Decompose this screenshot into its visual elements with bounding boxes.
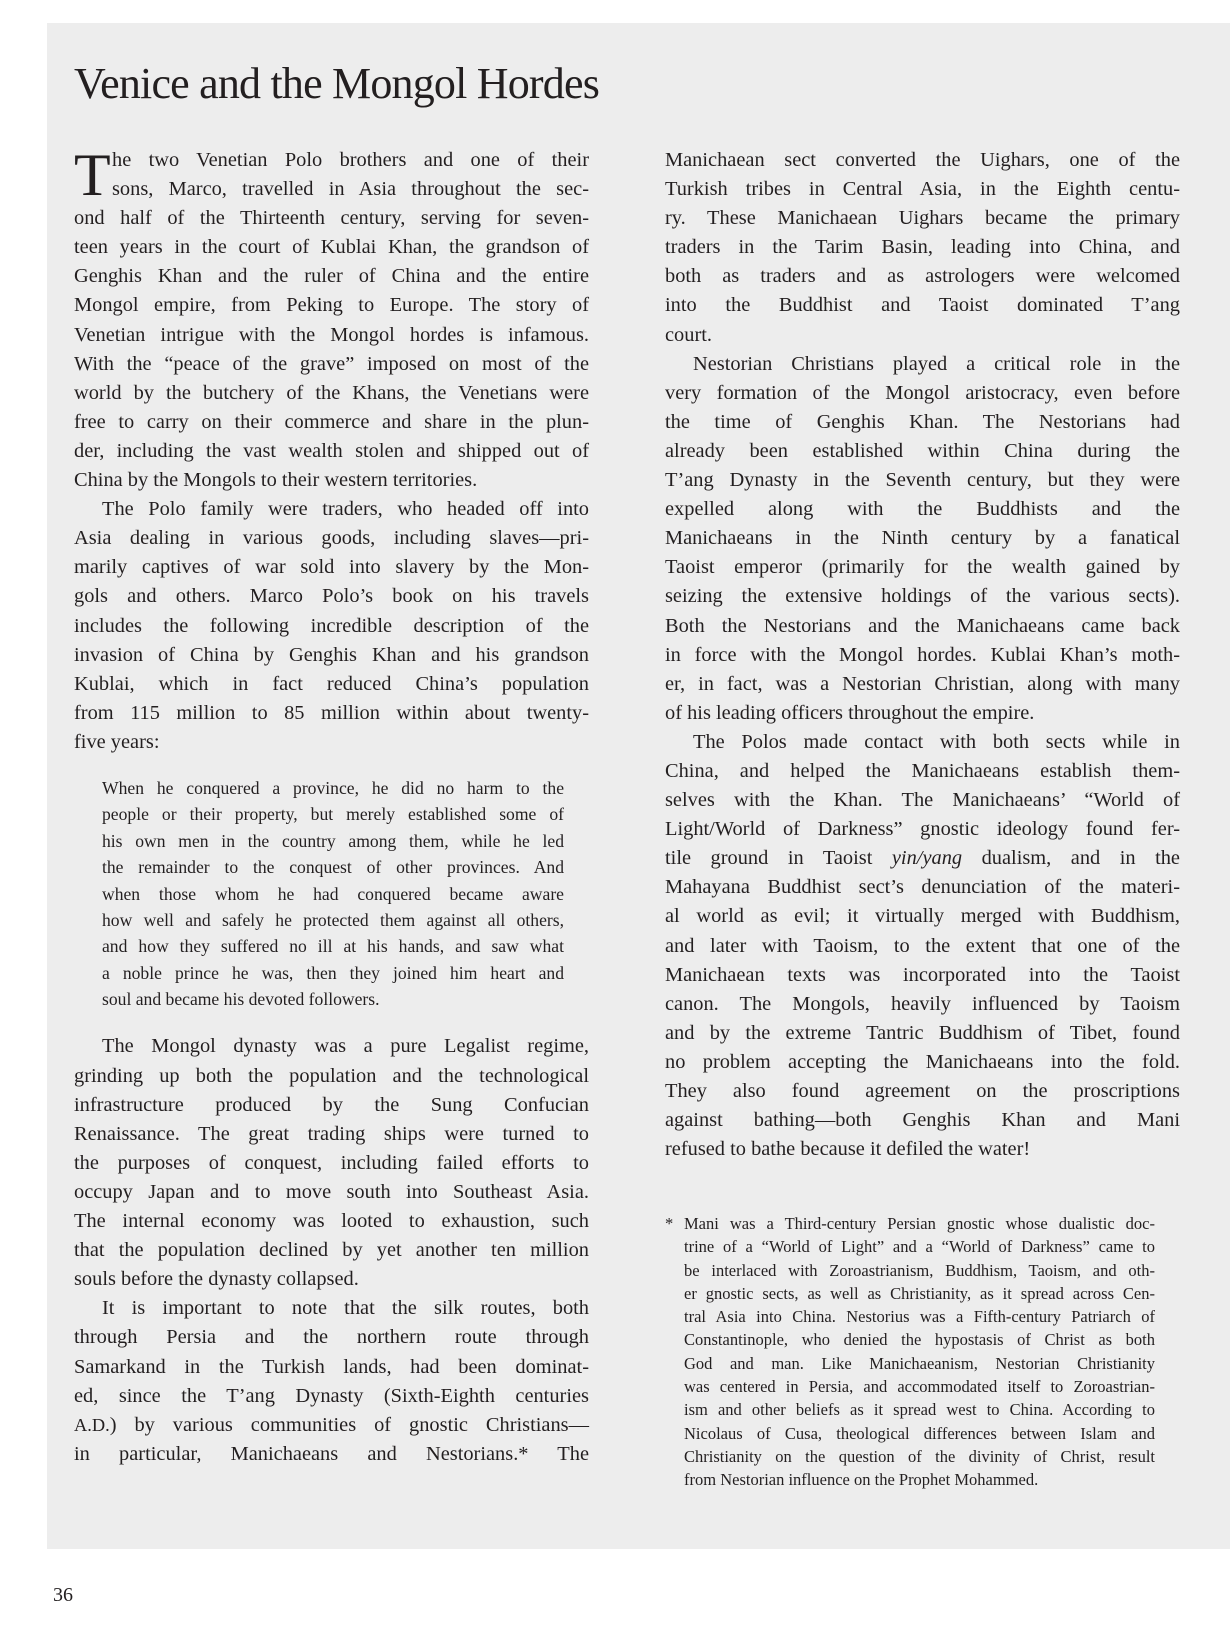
text-line: ond half of the Thirteenth century, serv… [74,204,589,233]
text-line: and by the extreme Tantric Buddhism of T… [665,1019,1180,1048]
right-column: Manichaean sect converted the Uighars, o… [665,146,1180,1164]
text-line: and later with Taoism, to the extent tha… [665,932,1180,961]
text-line: T’ang Dynasty in the Seventh century, bu… [665,466,1180,495]
text-fragment: tile ground in Taoist [665,847,892,869]
drop-cap: T [74,148,111,202]
text-line: er, in fact, was a Nestorian Christian, … [665,670,1180,699]
text-line: free to carry on their commerce and shar… [74,408,589,437]
footnote-line: ism and other beliefs as it spread west … [665,1398,1155,1421]
text-line: Kublai, which in fact reduced China’s po… [74,670,589,699]
text-line: refused to bathe because it defiled the … [665,1135,1180,1164]
text-line: souls before the dynasty collapsed. [74,1265,589,1294]
text-line: The Polo family were traders, who headed… [74,495,589,524]
text-line: tile ground in Taoist yin/yang dualism, … [665,844,1180,873]
block-quote: When he conquered a province, he did no … [74,775,564,1013]
text-line: Both the Nestorians and the Manichaeans … [665,612,1180,641]
text-line: With the “peace of the grave” imposed on… [74,350,589,379]
text-line: that the population declined by yet anot… [74,1236,589,1265]
footnote-marker: * [665,1212,673,1235]
text-line: selves with the Khan. The Manichaeans’ “… [665,786,1180,815]
text-line: It is important to note that the silk ro… [74,1294,589,1323]
text-line: expelled along with the Buddhists and th… [665,495,1180,524]
footnote-line: Christianity on the question of the divi… [665,1445,1155,1468]
footnote-line: trine of a “World of Light” and a “World… [665,1235,1155,1258]
text-line: A.D.) by various communities of gnostic … [74,1411,589,1440]
text-line: Genghis Khan and the ruler of China and … [74,262,589,291]
footnote-line: from Nestorian influence on the Prophet … [665,1468,1155,1491]
text-line: Venetian intrigue with the Mongol hordes… [74,321,589,350]
text-fragment: dualism, and in the [962,847,1180,869]
footnote-line: was centered in Persia, and accommodated… [665,1375,1155,1398]
text-line: China by the Mongols to their western te… [74,466,589,495]
quote-line: soul and became his devoted followers. [102,986,564,1012]
footnote-line: be interlaced with Zoroastrianism, Buddh… [665,1259,1155,1282]
quote-line: when those whom he had conquered became … [102,881,564,907]
text-line: Mahayana Buddhist sect’s denunciation of… [665,873,1180,902]
text-line: Light/World of Darkness” gnostic ideolog… [665,815,1180,844]
quote-line: his own men in the country among them, w… [102,828,564,854]
paragraph-3: The Mongol dynasty was a pure Legalist r… [74,1032,589,1294]
left-column: T he two Venetian Polo brothers and one … [74,146,589,1469]
italic-term: yin/yang [892,847,962,869]
paragraph-5: Manichaean sect converted the Uighars, o… [665,146,1180,350]
paragraph-1: T he two Venetian Polo brothers and one … [74,146,589,495]
text-line: China, and helped the Manichaeans establ… [665,757,1180,786]
text-line: The Mongol dynasty was a pure Legalist r… [74,1032,589,1061]
text-line: of his leading officers throughout the e… [665,699,1180,728]
text-line: ed, since the T’ang Dynasty (Sixth-Eight… [74,1382,589,1411]
text-line: Samarkand in the Turkish lands, had been… [74,1353,589,1382]
footnote-line: Mani was a Third-century Persian gnostic… [665,1212,1155,1235]
text-line: no problem accepting the Manichaeans int… [665,1048,1180,1077]
text-line: gols and others. Marco Polo’s book on hi… [74,582,589,611]
paragraph-4: It is important to note that the silk ro… [74,1294,589,1469]
quote-line: people or their property, but merely est… [102,801,564,827]
text-line: court. [665,321,1180,350]
text-line: the time of Genghis Khan. The Nestorians… [665,408,1180,437]
text-line: both as traders and as astrologers were … [665,262,1180,291]
text-line: the purposes of conquest, including fail… [74,1149,589,1178]
text-line: against bathing—both Genghis Khan and Ma… [665,1106,1180,1135]
footnote-line: tral Asia into China. Nestorius was a Fi… [665,1305,1155,1328]
text-line: in force with the Mongol hordes. Kublai … [665,641,1180,670]
text-line: infrastructure produced by the Sung Conf… [74,1091,589,1120]
text-line: teen years in the court of Kublai Khan, … [74,233,589,262]
era-abbreviation: A.D. [74,1415,110,1435]
text-line: They also found agreement on the proscri… [665,1077,1180,1106]
footnote-line: God and man. Like Manichaeanism, Nestori… [665,1352,1155,1375]
footnote-line: er gnostic sects, as well as Christianit… [665,1282,1155,1305]
paragraph-2: The Polo family were traders, who headed… [74,495,589,757]
quote-line: the remainder to the conquest of other p… [102,854,564,880]
page-number: 36 [53,1585,73,1605]
text-line: already been established within China du… [665,437,1180,466]
paragraph-7: The Polos made contact with both sects w… [665,728,1180,1164]
quote-line: a noble prince he was, then they joined … [102,960,564,986]
text-line: marily captives of war sold into slavery… [74,553,589,582]
quote-line: and how they suffered no ill at his hand… [102,933,564,959]
text-line: includes the following incredible descri… [74,612,589,641]
text-line: world by the butchery of the Khans, the … [74,379,589,408]
page-title: Venice and the Mongol Hordes [74,62,599,106]
text-line: Asia dealing in various goods, including… [74,524,589,553]
text-line: occupy Japan and to move south into Sout… [74,1178,589,1207]
text-line: Taoist emperor (primarily for the wealth… [665,553,1180,582]
text-line: invasion of China by Genghis Khan and hi… [74,641,589,670]
text-line: five years: [74,728,589,757]
text-line: Manichaeans in the Ninth century by a fa… [665,524,1180,553]
text-line: very formation of the Mongol aristocracy… [665,379,1180,408]
text-line: The internal economy was looted to exhau… [74,1207,589,1236]
text-line: canon. The Mongols, heavily influenced b… [665,990,1180,1019]
text-line: seizing the extensive holdings of the va… [665,582,1180,611]
text-line: through Persia and the northern route th… [74,1323,589,1352]
footnote-line: Nicolaus of Cusa, theological difference… [665,1422,1155,1445]
text-line: Manichaean sect converted the Uighars, o… [665,146,1180,175]
text-line: The Polos made contact with both sects w… [665,728,1180,757]
text-line: Renaissance. The great trading ships wer… [74,1120,589,1149]
text-line: Mongol empire, from Peking to Europe. Th… [74,291,589,320]
paragraph-6: Nestorian Christians played a critical r… [665,350,1180,728]
text-line: from 115 million to 85 million within ab… [74,699,589,728]
footnote-line: Constantinople, who denied the hypostasi… [665,1328,1155,1351]
quote-line: When he conquered a province, he did no … [102,775,564,801]
text-line: Manichaean texts was incorporated into t… [665,961,1180,990]
text-line: der, including the vast wealth stolen an… [74,437,589,466]
footnote: * Mani was a Third-century Persian gnost… [665,1212,1155,1492]
text-line: traders in the Tarim Basin, leading into… [665,233,1180,262]
text-line: in particular, Manichaeans and Nestorian… [74,1440,589,1469]
text-line: al world as evil; it virtually merged wi… [665,902,1180,931]
text-line: Nestorian Christians played a critical r… [665,350,1180,379]
text-line: sons, Marco, travelled in Asia throughou… [74,175,589,204]
text-line: Turkish tribes in Central Asia, in the E… [665,175,1180,204]
quote-line: how well and safely he protected them ag… [102,907,564,933]
text-line: grinding up both the population and the … [74,1062,589,1091]
text-fragment: ) by various communities of gnostic Chri… [110,1414,589,1436]
text-line: ry. These Manichaean Uighars became the … [665,204,1180,233]
text-line: he two Venetian Polo brothers and one of… [74,146,589,175]
text-line: into the Buddhist and Taoist dominated T… [665,291,1180,320]
